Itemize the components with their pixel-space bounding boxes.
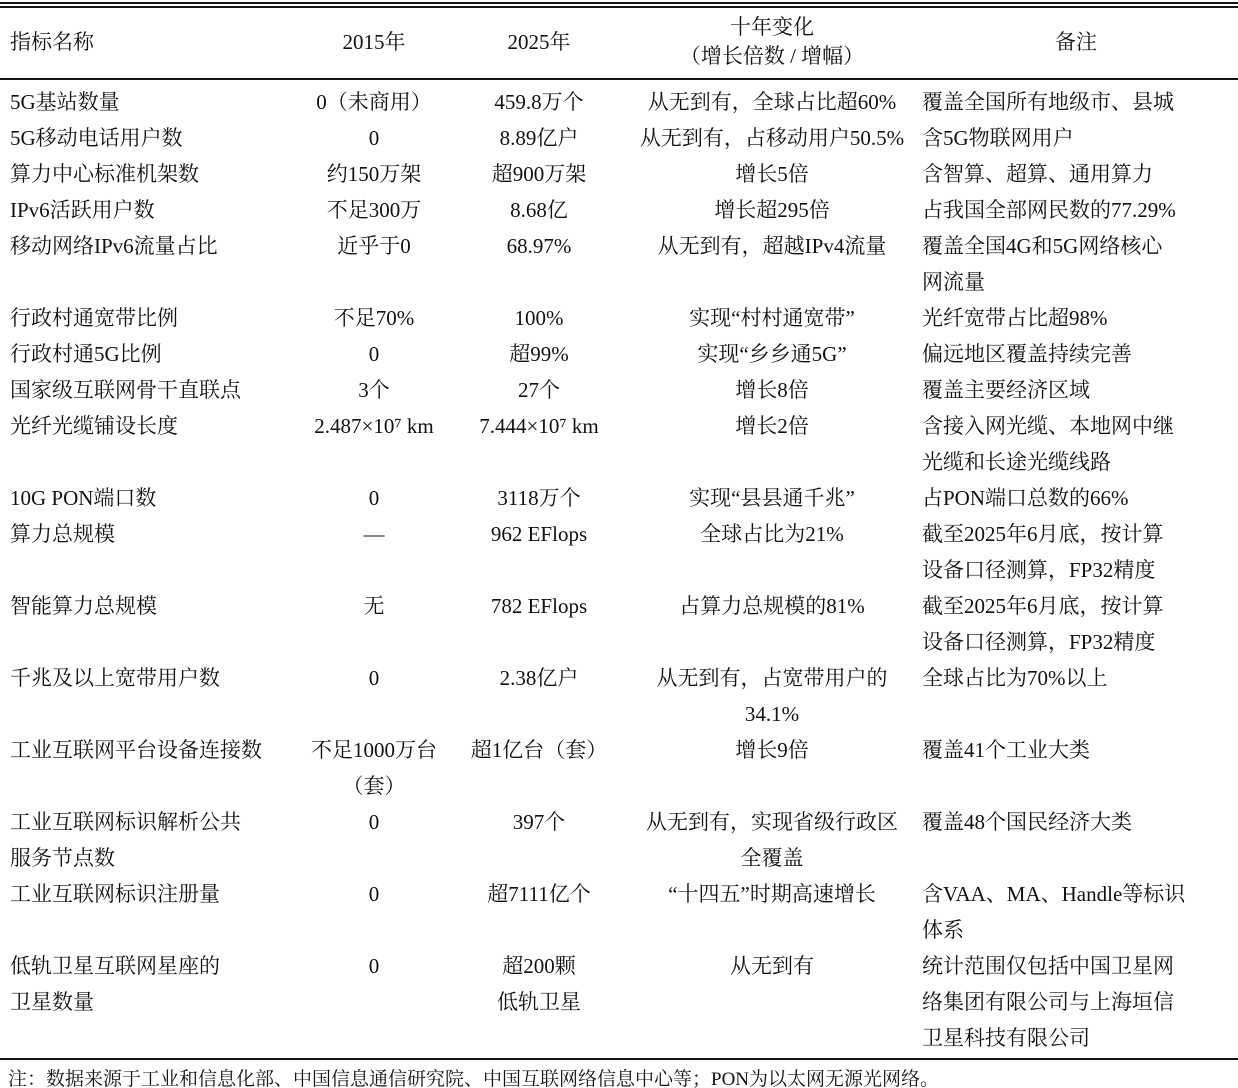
table-row: 行政村通5G比例0超99%实现“乡乡通5G”偏远地区覆盖持续完善 — [0, 336, 1238, 372]
cell-2025: 超1亿台（套） — [448, 732, 630, 804]
cell-note: 占PON端口总数的66% — [914, 480, 1238, 516]
cell-note: 占我国全部网民数的77.29% — [914, 192, 1238, 228]
cell-2025: 962 EFlops — [448, 516, 630, 588]
col-header-indicator: 指标名称 — [0, 8, 300, 79]
cell-2015: 不足70% — [300, 300, 448, 336]
cell-indicator: 千兆及以上宽带用户数 — [0, 660, 300, 732]
cell-note: 覆盖全国4G和5G网络核心 网流量 — [914, 228, 1238, 300]
cell-change: 实现“县县通千兆” — [630, 480, 914, 516]
cell-change: 占算力总规模的81% — [630, 588, 914, 660]
cell-change: 从无到有，全球占比超60% — [630, 79, 914, 120]
cell-2025: 3118万个 — [448, 480, 630, 516]
cell-note: 含接入网光缆、本地网中继 光缆和长途光缆线路 — [914, 408, 1238, 480]
cell-indicator: 行政村通宽带比例 — [0, 300, 300, 336]
cell-note: 覆盖41个工业大类 — [914, 732, 1238, 804]
cell-2015: 约150万架 — [300, 156, 448, 192]
cell-indicator: 算力总规模 — [0, 516, 300, 588]
cell-indicator: 智能算力总规模 — [0, 588, 300, 660]
cell-indicator: 行政村通5G比例 — [0, 336, 300, 372]
table-row: 智能算力总规模无782 EFlops占算力总规模的81%截至2025年6月底，按… — [0, 588, 1238, 660]
table-row: 千兆及以上宽带用户数02.38亿户从无到有，占宽带用户的 34.1%全球占比为7… — [0, 660, 1238, 732]
cell-2015: 0 — [300, 480, 448, 516]
cell-2025: 397个 — [448, 804, 630, 876]
table-row: 低轨卫星互联网星座的 卫星数量0超200颗 低轨卫星从无到有统计范围仅包括中国卫… — [0, 948, 1238, 1056]
cell-note: 含VAA、MA、Handle等标识 体系 — [914, 876, 1238, 948]
table-row: 工业互联网平台设备连接数不足1000万台 （套）超1亿台（套）增长9倍覆盖41个… — [0, 732, 1238, 804]
table-row: 工业互联网标识注册量0超7111亿个“十四五”时期高速增长含VAA、MA、Han… — [0, 876, 1238, 948]
cell-2015: 0（未商用） — [300, 79, 448, 120]
col-header-change: 十年变化 （增长倍数 / 增幅） — [630, 8, 914, 79]
cell-indicator: 工业互联网平台设备连接数 — [0, 732, 300, 804]
cell-indicator: 工业互联网标识注册量 — [0, 876, 300, 948]
cell-2025: 2.38亿户 — [448, 660, 630, 732]
table-row: 5G基站数量0（未商用）459.8万个从无到有，全球占比超60%覆盖全国所有地级… — [0, 79, 1238, 120]
col-header-2025: 2025年 — [448, 8, 630, 79]
cell-change: 从无到有，超越IPv4流量 — [630, 228, 914, 300]
cell-change: 增长超295倍 — [630, 192, 914, 228]
cell-2015: 不足300万 — [300, 192, 448, 228]
cell-note: 截至2025年6月底，按计算 设备口径测算，FP32精度 — [914, 588, 1238, 660]
cell-2025: 8.68亿 — [448, 192, 630, 228]
cell-change: 增长8倍 — [630, 372, 914, 408]
cell-change: 从无到有 — [630, 948, 914, 1056]
cell-2025: 459.8万个 — [448, 79, 630, 120]
cell-2015: 近乎于0 — [300, 228, 448, 300]
cell-indicator: 低轨卫星互联网星座的 卫星数量 — [0, 948, 300, 1056]
table-row: 行政村通宽带比例不足70%100%实现“村村通宽带”光纤宽带占比超98% — [0, 300, 1238, 336]
cell-2025: 超900万架 — [448, 156, 630, 192]
cell-2025: 782 EFlops — [448, 588, 630, 660]
cell-change: 实现“村村通宽带” — [630, 300, 914, 336]
table-row: 光纤光缆铺设长度2.487×10⁷ km7.444×10⁷ km增长2倍含接入网… — [0, 408, 1238, 480]
cell-note: 覆盖全国所有地级市、县城 — [914, 79, 1238, 120]
paper-table-page: 指标名称 2015年 2025年 十年变化 （增长倍数 / 增幅） 备注 5G基… — [0, 0, 1238, 1088]
table-body: 5G基站数量0（未商用）459.8万个从无到有，全球占比超60%覆盖全国所有地级… — [0, 79, 1238, 1056]
cell-2025: 超99% — [448, 336, 630, 372]
cell-2025: 超7111亿个 — [448, 876, 630, 948]
cell-2015: 0 — [300, 660, 448, 732]
cell-2015: — — [300, 516, 448, 588]
table-row: 10G PON端口数03118万个实现“县县通千兆”占PON端口总数的66% — [0, 480, 1238, 516]
cell-2015: 0 — [300, 804, 448, 876]
cell-indicator: 光纤光缆铺设长度 — [0, 408, 300, 480]
col-header-2015: 2015年 — [300, 8, 448, 79]
cell-note: 含智算、超算、通用算力 — [914, 156, 1238, 192]
cell-change: 全球占比为21% — [630, 516, 914, 588]
cell-indicator: 5G移动电话用户数 — [0, 120, 300, 156]
cell-2025: 27个 — [448, 372, 630, 408]
cell-note: 全球占比为70%以上 — [914, 660, 1238, 732]
table-row: 算力总规模—962 EFlops全球占比为21%截至2025年6月底，按计算 设… — [0, 516, 1238, 588]
cell-indicator: 10G PON端口数 — [0, 480, 300, 516]
table-row: 工业互联网标识解析公共 服务节点数0397个从无到有，实现省级行政区 全覆盖覆盖… — [0, 804, 1238, 876]
table-row: 国家级互联网骨干直联点3个27个增长8倍覆盖主要经济区域 — [0, 372, 1238, 408]
cell-change: 从无到有，占宽带用户的 34.1% — [630, 660, 914, 732]
cell-indicator: 移动网络IPv6流量占比 — [0, 228, 300, 300]
cell-change: 从无到有，占移动用户50.5% — [630, 120, 914, 156]
cell-note: 光纤宽带占比超98% — [914, 300, 1238, 336]
cell-change: “十四五”时期高速增长 — [630, 876, 914, 948]
cell-2025: 100% — [448, 300, 630, 336]
cell-change: 增长5倍 — [630, 156, 914, 192]
cell-indicator: 算力中心标准机架数 — [0, 156, 300, 192]
cell-change: 增长2倍 — [630, 408, 914, 480]
cell-indicator: 国家级互联网骨干直联点 — [0, 372, 300, 408]
cell-2015: 3个 — [300, 372, 448, 408]
table-row: 移动网络IPv6流量占比近乎于068.97%从无到有，超越IPv4流量覆盖全国4… — [0, 228, 1238, 300]
cell-2015: 0 — [300, 336, 448, 372]
cell-indicator: 工业互联网标识解析公共 服务节点数 — [0, 804, 300, 876]
table-row: IPv6活跃用户数不足300万8.68亿增长超295倍占我国全部网民数的77.2… — [0, 192, 1238, 228]
cell-2015: 2.487×10⁷ km — [300, 408, 448, 480]
cell-2015: 不足1000万台 （套） — [300, 732, 448, 804]
col-header-note: 备注 — [914, 8, 1238, 79]
cell-2025: 68.97% — [448, 228, 630, 300]
cell-note: 偏远地区覆盖持续完善 — [914, 336, 1238, 372]
cell-note: 统计范围仅包括中国卫星网 络集团有限公司与上海垣信 卫星科技有限公司 — [914, 948, 1238, 1056]
cell-2015: 0 — [300, 120, 448, 156]
cell-2015: 无 — [300, 588, 448, 660]
cell-2015: 0 — [300, 948, 448, 1056]
table-row: 5G移动电话用户数08.89亿户从无到有，占移动用户50.5%含5G物联网用户 — [0, 120, 1238, 156]
cell-change: 从无到有，实现省级行政区 全覆盖 — [630, 804, 914, 876]
cell-note: 含5G物联网用户 — [914, 120, 1238, 156]
cell-indicator: 5G基站数量 — [0, 79, 300, 120]
cell-note: 截至2025年6月底，按计算 设备口径测算，FP32精度 — [914, 516, 1238, 588]
header-row: 指标名称 2015年 2025年 十年变化 （增长倍数 / 增幅） 备注 — [0, 8, 1238, 79]
cell-2025: 8.89亿户 — [448, 120, 630, 156]
cell-2015: 0 — [300, 876, 448, 948]
cell-2025: 7.444×10⁷ km — [448, 408, 630, 480]
cell-change: 增长9倍 — [630, 732, 914, 804]
cell-2025: 超200颗 低轨卫星 — [448, 948, 630, 1056]
table-footnote: 注：数据来源于工业和信息化部、中国信息通信研究院、中国互联网络信息中心等；PON… — [0, 1060, 1238, 1088]
cell-indicator: IPv6活跃用户数 — [0, 192, 300, 228]
table-row: 算力中心标准机架数约150万架超900万架增长5倍含智算、超算、通用算力 — [0, 156, 1238, 192]
cell-change: 实现“乡乡通5G” — [630, 336, 914, 372]
cell-note: 覆盖主要经济区域 — [914, 372, 1238, 408]
cell-note: 覆盖48个国民经济大类 — [914, 804, 1238, 876]
indicators-table: 指标名称 2015年 2025年 十年变化 （增长倍数 / 增幅） 备注 5G基… — [0, 8, 1238, 1056]
